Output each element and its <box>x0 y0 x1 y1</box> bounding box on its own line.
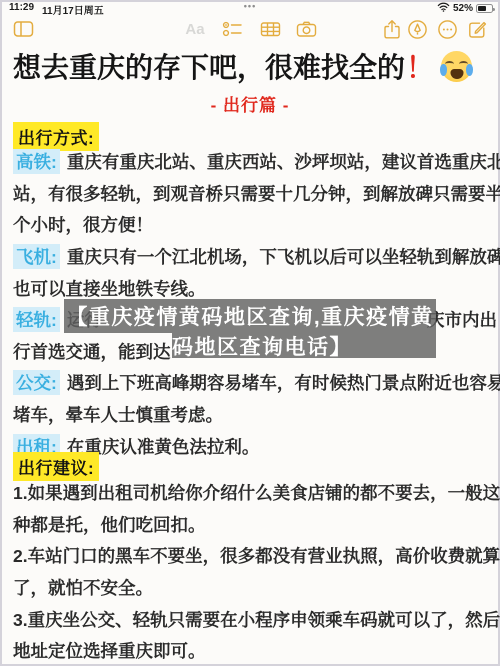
label-bus: 公交: <box>13 370 60 395</box>
text: 遇到上下班高峰期容易堵车，有时候热门景点附近也容易 <box>67 370 500 395</box>
battery-icon <box>476 4 493 13</box>
text: 重庆只有一个江北机场，下飞机以后可以坐轻轨到解放碑 <box>67 244 500 269</box>
text: 堵车，晕车人士慎重考虑。 <box>13 402 223 427</box>
label-highspeed-rail: 高铁: <box>13 149 60 174</box>
more-icon[interactable] <box>436 18 458 40</box>
label-light-rail: 轻轨: <box>13 307 60 332</box>
text-line: 站，有很多轻轨，到观音桥只需要十几分钟，到解放碑只需要半 <box>13 178 487 210</box>
camera-icon[interactable] <box>295 18 317 40</box>
text: 重庆有重庆北站、重庆西站、沙坪坝站，建议首选重庆北 <box>67 149 500 174</box>
text: 2.车站门口的黑车不要坐，很多都没有营业执照，高价收费就算 <box>13 543 500 568</box>
label-airplane: 飞机: <box>13 244 60 269</box>
text-line: 2.车站门口的黑车不要坐，很多都没有营业执照，高价收费就算 <box>13 540 487 572</box>
text: 个小时，很方便！ <box>13 212 153 237</box>
text-line: 了，就怕不安全。 <box>13 572 487 604</box>
text-line: 高铁: 重庆有重庆北站、重庆西站、沙坪坝站，建议首选重庆北 <box>13 146 487 178</box>
text-line: 地址定位选择重庆即可。 <box>13 635 487 666</box>
compose-icon[interactable] <box>466 18 488 40</box>
text: 种都是托，他们吃回扣。 <box>13 512 206 537</box>
checklist-icon[interactable] <box>221 18 243 40</box>
watermark-overlay-line1: 【重庆疫情黄码地区查询,重庆疫情黄 <box>64 299 436 333</box>
text: 庆市内出 <box>427 307 497 332</box>
note-title-text: 想去重庆的存下吧，很难找全的 <box>13 46 405 86</box>
text-line: 3.重庆坐公交、轻轨只需要在小程序申领乘车码就可以了，然后 <box>13 603 487 635</box>
text: 3.重庆坐公交、轻轨只需要在小程序申领乘车码就可以了，然后 <box>13 607 500 632</box>
note-title: 想去重庆的存下吧，很难找全的！ <box>13 46 472 86</box>
text-line: 堵车，晕车人士慎重考虑。 <box>13 399 487 431</box>
text: 1.如果遇到出租司机给你介绍什么美食店铺的都不要去，一般这 <box>13 480 500 505</box>
battery-percent: 52% <box>453 3 473 14</box>
share-icon[interactable] <box>381 18 403 40</box>
sidebar-toggle-icon[interactable] <box>12 18 34 40</box>
tips-section: 1.如果遇到出租司机给你介绍什么美食店铺的都不要去，一般这 种都是托，他们吃回扣… <box>13 477 487 666</box>
text: 站，有很多轻轨，到观音桥只需要十几分钟，到解放碑只需要半 <box>13 181 500 206</box>
text-line: 飞机: 重庆只有一个江北机场，下飞机以后可以坐轻轨到解放碑 <box>13 241 487 273</box>
text-line: 个小时，很方便！ <box>13 209 487 241</box>
multitasking-indicator[interactable]: ••• <box>244 1 256 11</box>
note-subtitle: - 出行篇 - <box>0 91 500 116</box>
crying-face-emoji <box>441 51 472 82</box>
notes-app-screen: 11:29 11月17日周五 ••• 52% <box>0 0 500 666</box>
table-icon[interactable] <box>259 18 281 40</box>
status-bar: 11:29 11月17日周五 ••• 52% <box>0 0 500 15</box>
text: 也可以直接坐地铁专线。 <box>13 276 206 301</box>
watermark-overlay-line2: 码地区查询电话】 <box>172 333 436 358</box>
title-exclamation: ！ <box>406 46 434 86</box>
status-right: 52% <box>437 2 493 15</box>
text: 行首选交通，能到达 <box>13 339 171 364</box>
text-style-icon[interactable]: Aa <box>184 18 206 40</box>
text-line: 公交: 遇到上下班高峰期容易堵车，有时候热门景点附近也容易 <box>13 367 487 399</box>
wifi-icon <box>437 2 450 15</box>
toolbar: Aa <box>0 15 500 47</box>
markup-icon[interactable] <box>406 18 428 40</box>
text-line: 种都是托，他们吃回扣。 <box>13 509 487 541</box>
text: 地址定位选择重庆即可。 <box>13 638 206 663</box>
text-line: 1.如果遇到出租司机给你介绍什么美食店铺的都不要去，一般这 <box>13 477 487 509</box>
text: 了，就怕不安全。 <box>13 575 153 600</box>
